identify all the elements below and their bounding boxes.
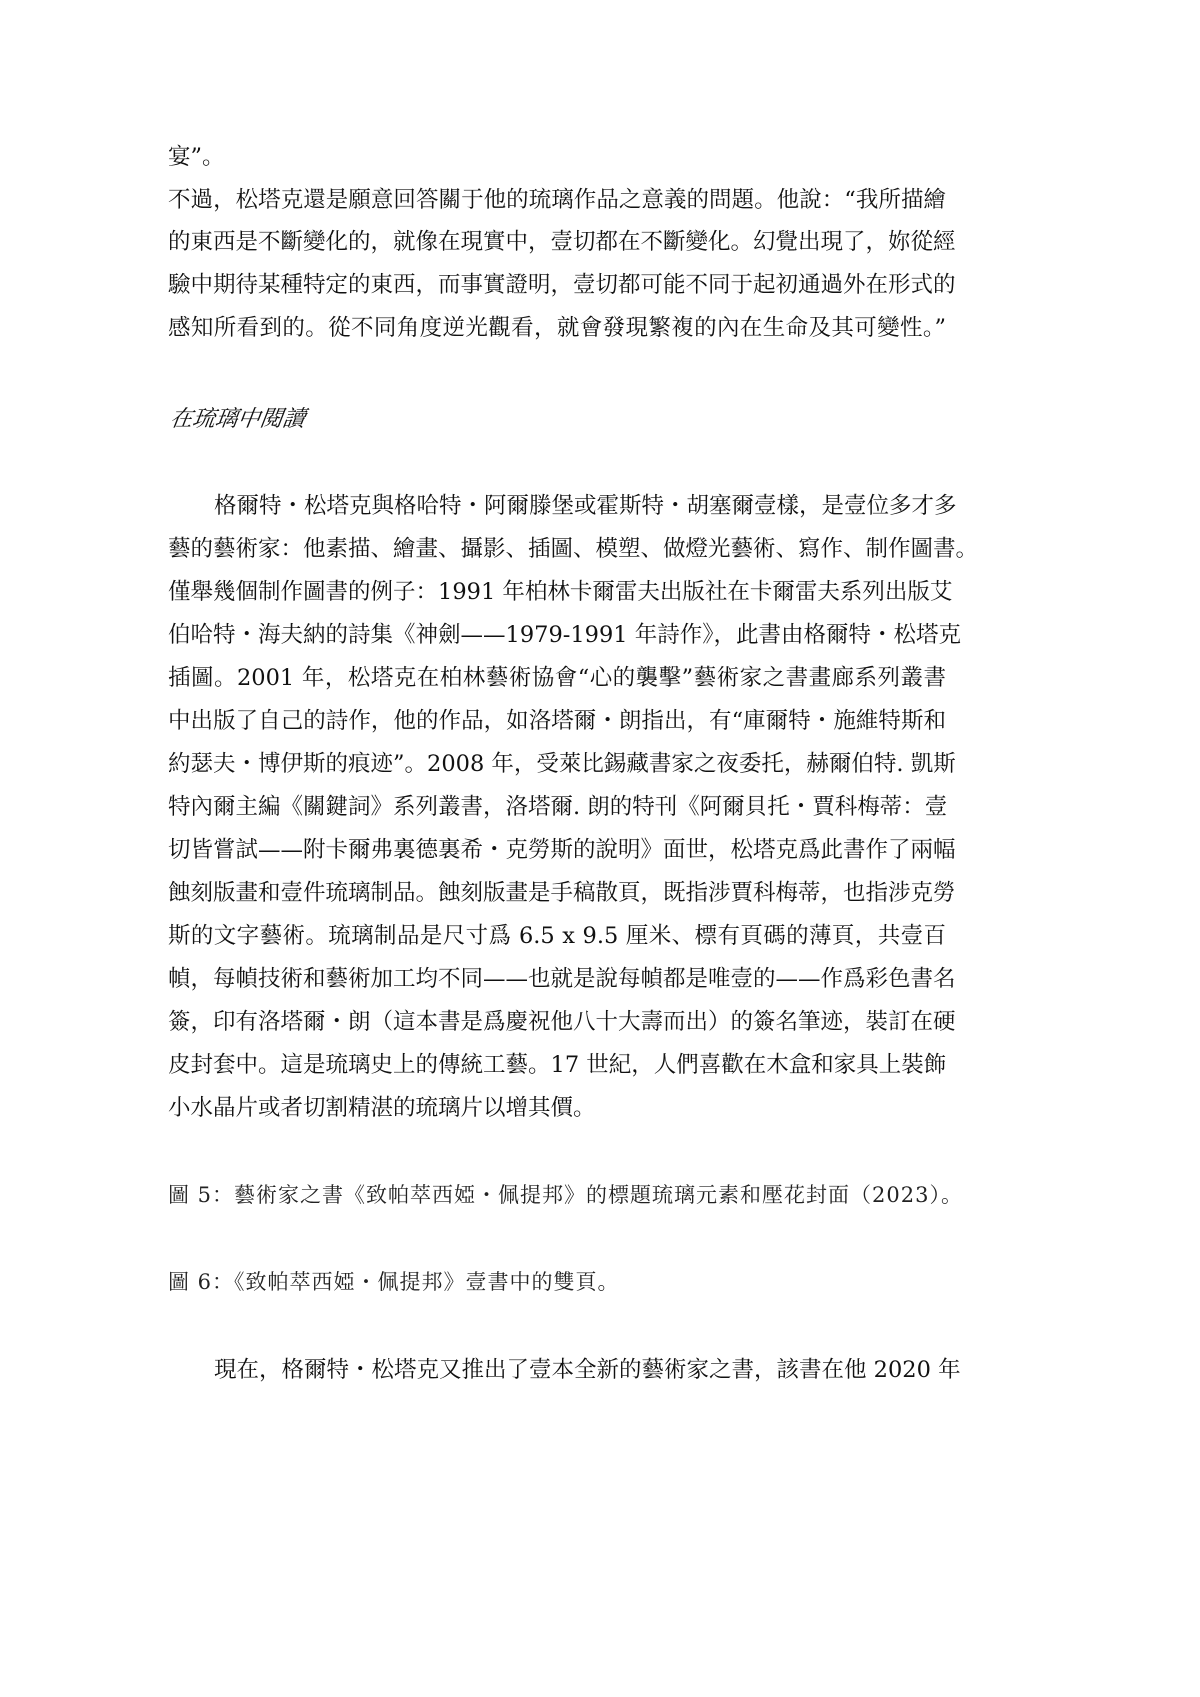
text-line: 切皆嘗試——附卡爾弗裏德裏希・克勞斯的說明》面世，松塔克爲此書作了兩幅: [168, 835, 946, 865]
figure-caption-6: 圖 6：《致帕萃西婭・佩提邦》壹書中的雙頁。: [168, 1267, 620, 1297]
text-line: 幀，每幀技術和藝術加工均不同——也就是說每幀都是唯壹的——作爲彩色書名: [168, 964, 946, 994]
document-page: 宴”。 不過，松塔克還是願意回答關于他的琉璃作品之意義的問題。他說：“我所描繪 …: [0, 0, 1200, 1697]
text-line: 皮封套中。這是琉璃史上的傳統工藝。17 世紀，人們喜歡在木盒和家具上裝飾: [168, 1050, 946, 1080]
text-line: 感知所看到的。從不同角度逆光觀看，就會發現繁複的內在生命及其可變性。”: [168, 313, 946, 343]
text-line: 簽，印有洛塔爾・朗（這本書是爲慶祝他八十大壽而出）的簽名筆迹，裝訂在硬: [168, 1007, 946, 1037]
text-line: 特內爾主編《關鍵詞》系列叢書，洛塔爾. 朗的特刊《阿爾貝托・賈科梅蒂：壹: [168, 792, 946, 822]
text-line: 僅舉幾個制作圖書的例子：1991 年柏林卡爾雷夫出版社在卡爾雷夫系列出版艾: [168, 577, 946, 607]
text-line: 蝕刻版畫和壹件琉璃制品。蝕刻版畫是手稿散頁，既指涉賈科梅蒂，也指涉克勞: [168, 878, 946, 908]
text-line: 驗中期待某種特定的東西，而事實證明，壹切都可能不同于起初通過外在形式的: [168, 270, 946, 300]
text-line: 插圖。2001 年，松塔克在柏林藝術協會“心的襲擊”藝術家之書畫廊系列叢書: [168, 663, 946, 693]
text-line: 不過，松塔克還是願意回答關于他的琉璃作品之意義的問題。他說：“我所描繪: [168, 185, 946, 215]
section-heading: 在琉璃中閱讀: [168, 404, 307, 434]
text-line: 約瑟夫・博伊斯的痕迹”。2008 年，受萊比錫藏書家之夜委托，赫爾伯特. 凱斯: [168, 749, 946, 779]
text-line: 現在，格爾特・松塔克又推出了壹本全新的藝術家之書，該書在他 2020 年: [168, 1355, 946, 1385]
text-line: 斯的文字藝術。琉璃制品是尺寸爲 6.5 x 9.5 厘米、標有頁碼的薄頁，共壹百: [168, 921, 946, 951]
text-line: 中出版了自己的詩作，他的作品，如洛塔爾・朗指出，有“庫爾特・施維特斯和: [168, 706, 946, 736]
text-line: 的東西是不斷變化的，就像在現實中，壹切都在不斷變化。幻覺出現了，妳從經: [168, 227, 946, 257]
text-line: 小水晶片或者切割精湛的琉璃片以增其價。: [168, 1093, 946, 1123]
text-line: 藝的藝術家：他素描、繪畫、攝影、插圖、模塑、做燈光藝術、寫作、制作圖書。: [168, 534, 946, 564]
text-line-continuation: 宴”。: [168, 142, 946, 172]
text-line: 伯哈特・海夫納的詩集《神劍——1979-1991 年詩作》，此書由格爾特・松塔克: [168, 620, 946, 650]
figure-caption-5: 圖 5：藝術家之書《致帕萃西婭・佩提邦》的標題琉璃元素和壓花封面（2023）。: [168, 1180, 963, 1210]
text-line: 格爾特・松塔克與格哈特・阿爾滕堡或霍斯特・胡塞爾壹樣，是壹位多才多: [168, 491, 946, 521]
